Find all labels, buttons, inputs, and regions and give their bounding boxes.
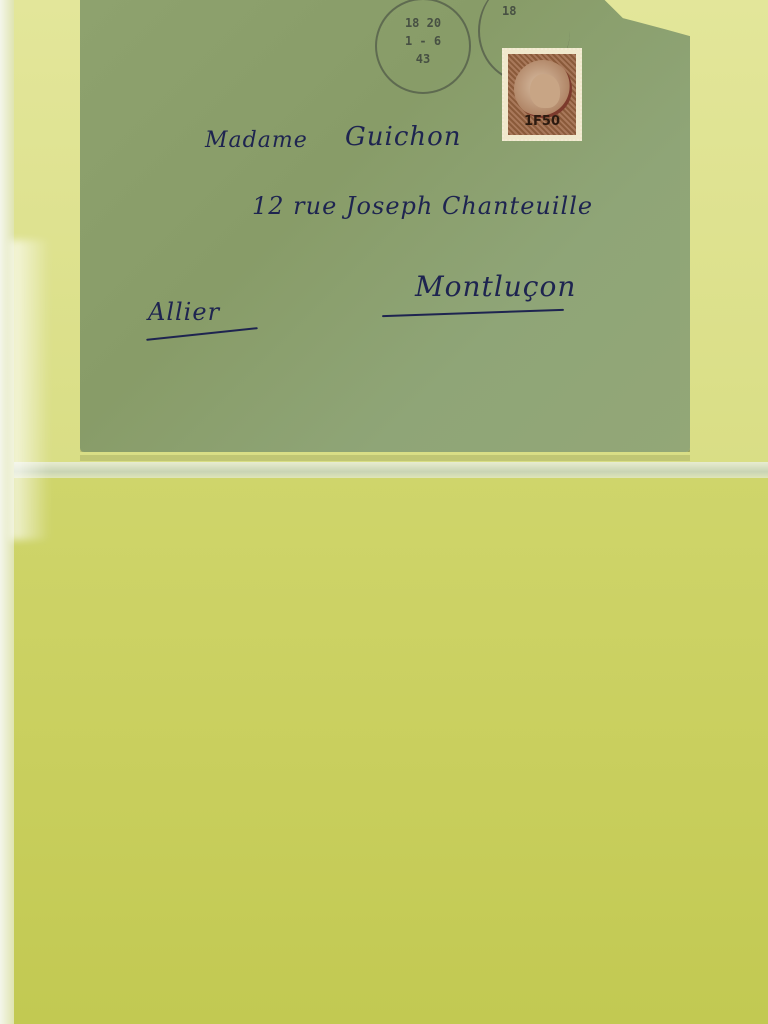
sleeve-divider	[14, 462, 768, 478]
postmark-year: 43	[377, 52, 469, 66]
envelope-shadow	[80, 455, 690, 461]
postmark-time: 18 20	[377, 16, 469, 30]
address-department: Allier	[148, 298, 220, 326]
address-salutation: Madame	[205, 128, 308, 153]
address-street: 12 rue Joseph Chanteuille	[252, 192, 593, 220]
album-sleeve-bottom-empty	[14, 478, 768, 1024]
postmark-date: 1 - 6	[377, 34, 469, 48]
stamp-value: 1F50	[508, 114, 576, 129]
postmark-cancellation: 18 20 1 - 6 43	[375, 0, 471, 94]
light-glare	[10, 240, 50, 540]
address-name: Guichon	[345, 122, 462, 152]
portrait-head-icon	[530, 74, 560, 108]
postage-stamp: 1F50	[502, 48, 582, 141]
postmark-second-time: 18	[502, 4, 516, 18]
address-city: Montluçon	[415, 270, 576, 303]
stamp-portrait-medallion	[514, 60, 572, 118]
